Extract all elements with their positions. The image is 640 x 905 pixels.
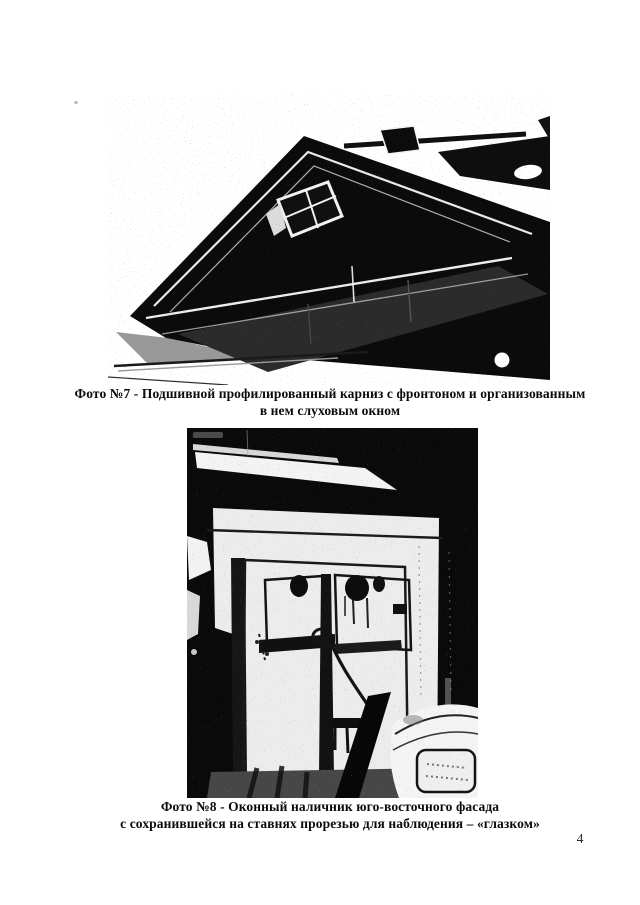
photo-7-image bbox=[108, 94, 550, 385]
photo-7-caption-line2: в нем слуховым окном bbox=[40, 403, 620, 420]
scan-speck bbox=[74, 101, 78, 104]
photo-8-image bbox=[187, 428, 478, 798]
photo-8-caption-line1: Фото №8 - Оконный наличник юго-восточног… bbox=[40, 799, 620, 816]
photo-7 bbox=[108, 94, 550, 385]
photo-8-caption-line2: с сохранившейся на ставнях прорезью для … bbox=[40, 816, 620, 833]
photo-7-caption: Фото №7 - Подшивной профилированный карн… bbox=[40, 386, 620, 419]
scanned-document-page: Фото №7 - Подшивной профилированный карн… bbox=[0, 0, 640, 905]
photo-7-caption-line1: Фото №7 - Подшивной профилированный карн… bbox=[40, 386, 620, 403]
photo-8 bbox=[187, 428, 478, 798]
page-number: 4 bbox=[560, 831, 600, 847]
photo-8-caption: Фото №8 - Оконный наличник юго-восточног… bbox=[40, 799, 620, 832]
